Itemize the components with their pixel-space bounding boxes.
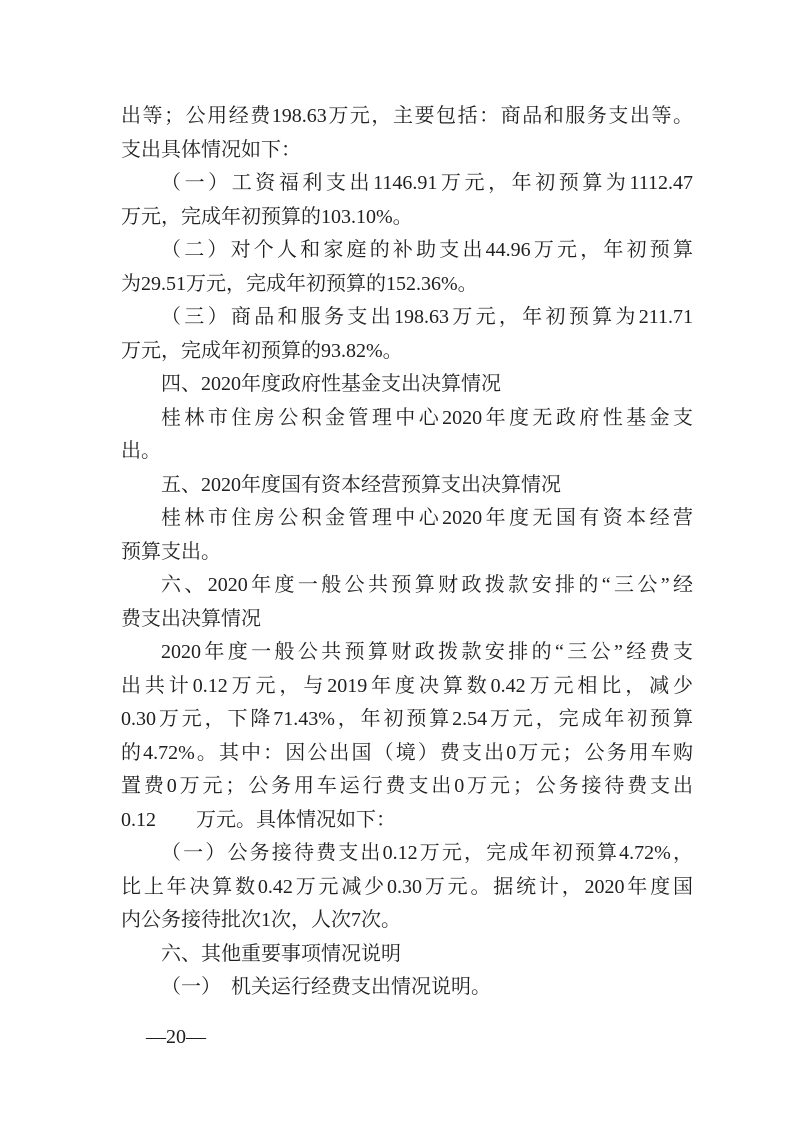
- text-line: 六、其他重要事项情况说明: [121, 938, 693, 972]
- text-line: （一）工资福利支出1146.91万元，年初预算为1112.47: [121, 167, 693, 201]
- text-line: 出共计0.12万元，与2019年度决算数0.42万元相比，减少: [121, 670, 693, 704]
- text-line: 0.30万元，下降71.43%，年初预算2.54万元，完成年初预算: [121, 703, 693, 737]
- text-line: 2020年度一般公共预算财政拨款安排的“三公”经费支: [121, 636, 693, 670]
- text-line: 出等；公用经费198.63万元，主要包括：商品和服务支出等。: [121, 100, 693, 134]
- text-line: 桂林市住房公积金管理中心2020年度无国有资本经营: [121, 502, 693, 536]
- text-line: 0.12 万元。具体情况如下：: [121, 804, 693, 838]
- text-line: 六、2020年度一般公共预算财政拨款安排的“三公”经: [121, 569, 693, 603]
- text-line: 万元，完成年初预算的103.10%。: [121, 201, 693, 235]
- text-line: 比上年决算数0.42万元减少0.30万元。据统计，2020年度国: [121, 871, 693, 905]
- text-line: （三）商品和服务支出198.63万元，年初预算为211.71: [121, 301, 693, 335]
- text-line: 预算支出。: [121, 536, 693, 570]
- text-line: 四、2020年度政府性基金支出决算情况: [121, 368, 693, 402]
- text-line: 置费0万元；公务用车运行费支出0万元；公务接待费支出: [121, 770, 693, 804]
- text-line: 为29.51万元，完成年初预算的152.36%。: [121, 268, 693, 302]
- text-line: 的4.72%。其中：因公出国（境）费支出0万元；公务用车购: [121, 737, 693, 771]
- document-text: 出等；公用经费198.63万元，主要包括：商品和服务支出等。支出具体情况如下：（…: [121, 100, 693, 1005]
- text-line: （一） 机关运行经费支出情况说明。: [121, 971, 693, 1005]
- text-line: 支出具体情况如下：: [121, 134, 693, 168]
- text-line: 五、2020年度国有资本经营预算支出决算情况: [121, 469, 693, 503]
- document-page: 出等；公用经费198.63万元，主要包括：商品和服务支出等。支出具体情况如下：（…: [0, 0, 800, 1131]
- page-number: —20—: [146, 1025, 206, 1049]
- text-line: 内公务接待批次1次，人次7次。: [121, 904, 693, 938]
- text-line: （一）公务接待费支出0.12万元，完成年初预算4.72%，: [121, 837, 693, 871]
- text-line: 桂林市住房公积金管理中心2020年度无政府性基金支: [121, 402, 693, 436]
- text-line: 费支出决算情况: [121, 603, 693, 637]
- text-line: 万元，完成年初预算的93.82%。: [121, 335, 693, 369]
- text-line: 出。: [121, 435, 693, 469]
- text-line: （二）对个人和家庭的补助支出44.96万元，年初预算: [121, 234, 693, 268]
